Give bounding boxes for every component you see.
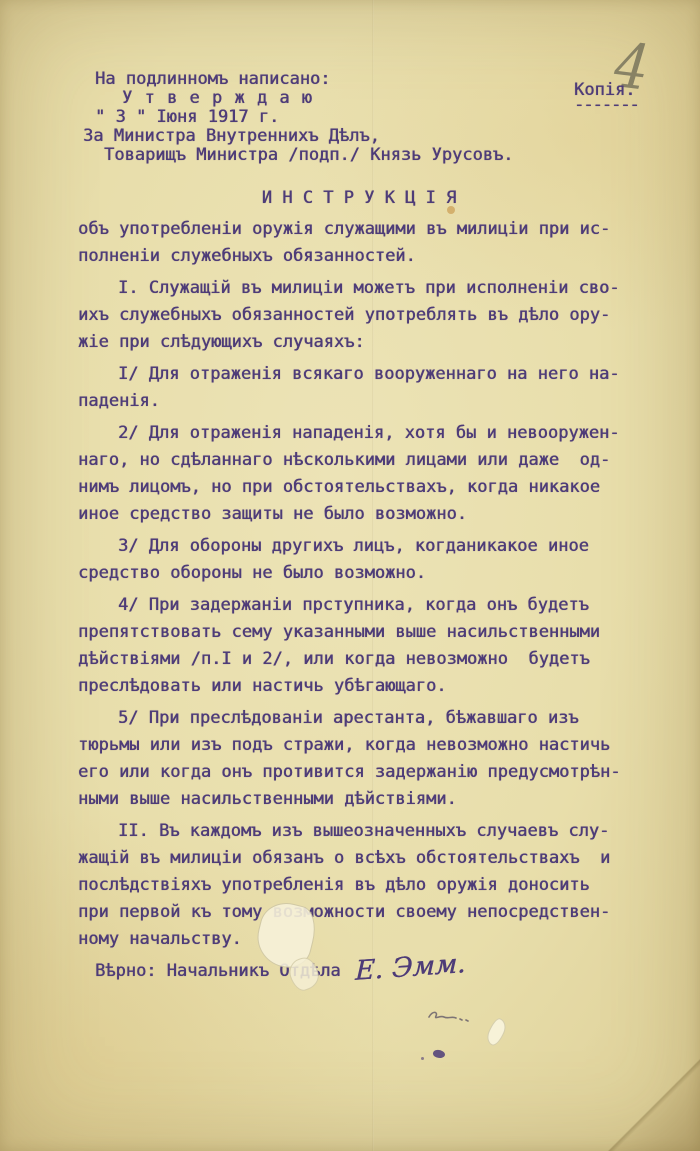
body-line: наго, но сдѣланнаго нѣсколькими лицами и… <box>78 447 640 474</box>
body-line: I. Служащій въ милиціи можетъ при исполн… <box>78 275 640 302</box>
body-line: ному начальству. <box>78 926 640 953</box>
folded-corner-crease <box>600 1058 700 1151</box>
document-body: объ употребленіи оружія служащими въ мил… <box>78 216 640 953</box>
copy-label-block: Копія. ------- <box>574 83 639 113</box>
body-line: 2/ Для отраженія нападенія, хотя бы и не… <box>78 420 640 447</box>
body-line: II. Въ каждомъ изъ вышеозначенныхъ случа… <box>78 818 640 845</box>
body-line: 5/ При преслѣдованіи арестанта, бѣжавшаг… <box>78 705 640 732</box>
body-line: преслѣдовать или настичь убѣгающаго. <box>78 673 640 700</box>
body-line: ными выше насильственными дѣйствіями. <box>78 786 640 813</box>
header-line-date: " 3 " Іюня 1917 г. <box>78 108 513 127</box>
body-line: ихъ служебныхъ обязанностей употреблять … <box>78 302 640 329</box>
body-line: при первой къ тому возможности своему не… <box>78 899 640 926</box>
body-line: I/ Для отраженія всякаго вооруженнаго на… <box>78 361 640 388</box>
body-line: послѣдствіяхъ употребленія въ дѣло оружі… <box>78 872 640 899</box>
body-line: жіе при слѣдующихъ случаяхъ: <box>78 329 640 356</box>
body-line: жащій въ милиціи обязанъ о всѣхъ обстоят… <box>78 845 640 872</box>
body-line: объ употребленіи оружія служащими въ мил… <box>78 216 640 243</box>
body-line: тюрьмы или изъ подъ стражи, когда невозм… <box>78 732 640 759</box>
header-line-approve: У т в е р ж д а ю <box>78 89 513 108</box>
pencil-scribble <box>425 1008 473 1031</box>
body-line: полненіи служебныхъ обязанностей. <box>78 243 640 270</box>
body-line: его или когда онъ противится задержанію … <box>78 759 640 786</box>
header-line-minister: За Министра Внутреннихъ Дѣлъ, <box>78 127 513 146</box>
body-line: средство обороны не было возможно. <box>78 560 640 587</box>
body-line: препятствовать сему указанными выше наси… <box>78 619 640 646</box>
body-line: нимъ лицомъ, но при обстоятельствахъ, ко… <box>78 474 640 501</box>
ink-blot <box>432 1048 446 1059</box>
body-line: иное средство защиты не было возможно. <box>78 501 640 528</box>
handwritten-signature: Е. Эмм. <box>354 950 466 985</box>
pencil-scribble-icon <box>425 1008 473 1026</box>
approval-header: На подлинномъ написано: У т в е р ж д а … <box>78 70 513 165</box>
header-line-deputy-signed: Товарищъ Министра /подп./ Князь Урусовъ. <box>78 146 513 165</box>
body-line: паденія. <box>78 388 640 415</box>
tan-stain-spot <box>447 206 455 214</box>
body-line: 3/ Для обороны другихъ лицъ, когданикако… <box>78 533 640 560</box>
copy-underline: ------- <box>574 98 639 113</box>
document-page: 4 Копія. ------- На подлинномъ написано:… <box>0 0 700 1151</box>
body-line: 4/ При задержаніи прступника, когда онъ … <box>78 592 640 619</box>
document-title: И Н С Т Р У К Ц І Я <box>78 188 640 208</box>
body-line: дѣйствіями /п.I и 2/, или когда невозмож… <box>78 646 640 673</box>
header-line-written-on-original: На подлинномъ написано: <box>78 70 513 89</box>
ink-dot <box>421 1057 424 1060</box>
paper-nick-defect <box>484 1016 508 1048</box>
